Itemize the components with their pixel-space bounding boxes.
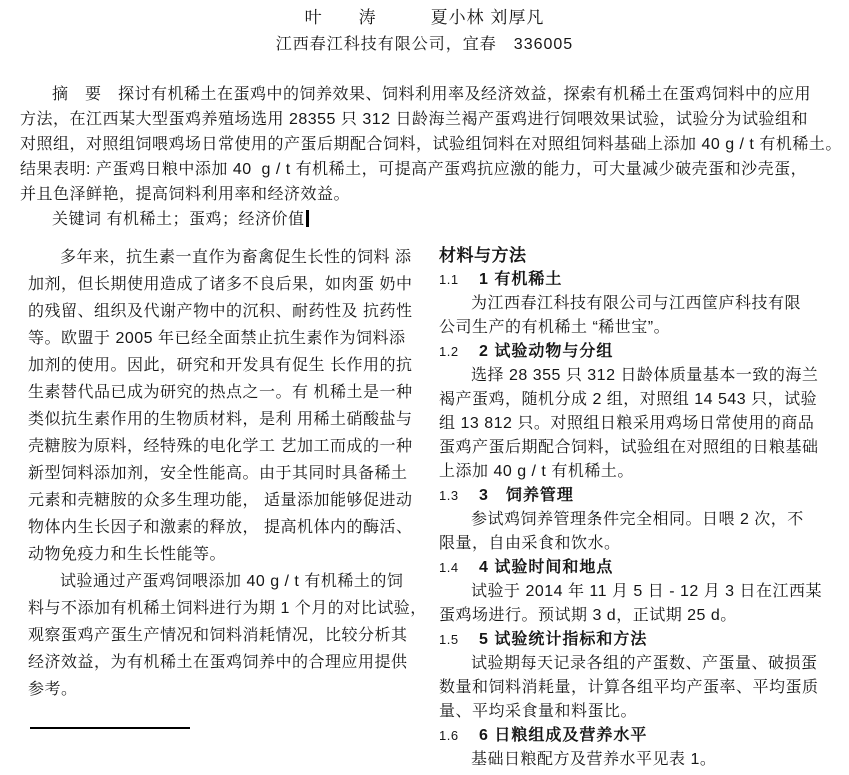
left-column: 多年来，抗生素一直作为畜禽促生长性的饲料 添加剂，但长期使用造成了诸多不良后果，… [28, 244, 412, 772]
text-line: 试验于 2014 年 11 月 5 日 - 12 月 3 日在江西某 [439, 580, 841, 604]
section-title: 5 试验统计指标和方法 [479, 631, 647, 648]
text-line: 加剂的使用。因此，研究和开发具有促生 长作用的抗 [28, 352, 412, 379]
document-header: 叶 涛 夏小林 刘厚凡 江西春江科技有限公司，宜春 336005 [0, 0, 849, 58]
section-number: 1.1 [439, 268, 479, 292]
keywords-line: 关键词 有机稀土；蛋鸡；经济价值 [20, 207, 849, 232]
section-number: 1.2 [439, 340, 479, 364]
text-line: 经济效益，为有机稀土在蛋鸡饲养中的合理应用提供 [28, 649, 412, 676]
text-line: 量、平均采食量和料蛋比。 [439, 700, 841, 724]
text-line: 参试鸡饲养管理条件完全相同。日喂 2 次，不 [439, 508, 841, 532]
section-heading: 1.44 试验时间和地点 [439, 556, 841, 580]
section-heading: 1.11 有机稀土 [439, 268, 841, 292]
right-column: 材料与方法 1.11 有机稀土为江西春江科技有限公司与江西筐庐科技有限公司生产的… [439, 244, 841, 772]
text-line: 料与不添加有机稀土饲料进行为期 1 个月的对比试验， [28, 595, 412, 622]
section-title: 4 试验时间和地点 [479, 559, 613, 576]
sections-container: 1.11 有机稀土为江西春江科技有限公司与江西筐庐科技有限公司生产的有机稀土 “… [439, 268, 841, 772]
text-line: 试验期每天记录各组的产蛋数、产蛋量、破损蛋 [439, 652, 841, 676]
text-line: 蛋鸡产蛋后期配合饲料，试验组在对照组的日粮基础 [439, 436, 841, 460]
text-line: 等。欧盟于 2005 年已经全面禁止抗生素作为饲料添 [28, 325, 412, 352]
section-heading: 1.22 试验动物与分组 [439, 340, 841, 364]
text-line: 基础日粮配方及营养水平见表 1。 [439, 748, 841, 772]
text-line: 褐产蛋鸡，随机分成 2 组，对照组 14 543 只，试验 [439, 388, 841, 412]
authors-line: 叶 涛 夏小林 刘厚凡 [0, 4, 849, 32]
abstract-line: 摘 要 探讨有机稀土在蛋鸡中的饲养效果、饲料利用率及经济效益，探索有机稀土在蛋鸡… [20, 82, 845, 107]
text-line: 上添加 40 g / t 有机稀土。 [439, 460, 841, 484]
abstract-line: 方法，在江西某大型蛋鸡养殖场选用 28355 只 312 日龄海兰褐产蛋鸡进行饲… [20, 107, 845, 132]
section-title: 1 有机稀土 [479, 271, 562, 288]
text-line: 选择 28 355 只 312 日龄体质量基本一致的海兰 [439, 364, 841, 388]
affiliation-line: 江西春江科技有限公司，宜春 336005 [0, 32, 849, 58]
abstract-line: 对照组，对照组饲喂鸡场日常使用的产蛋后期配合饲料，试验组饲料在对照组饲料基础上添… [20, 132, 845, 157]
section-title: 6 日粮组成及营养水平 [479, 727, 647, 744]
text-line: 类似抗生素作用的生物质材料，是利 用稀土硝酸盐与 [28, 406, 412, 433]
section-heading: 1.66 日粮组成及营养水平 [439, 724, 841, 748]
text-line: 数量和饲料消耗量，计算各组平均产蛋率、平均蛋质 [439, 676, 841, 700]
left-paragraph-2: 试验通过产蛋鸡饲喂添加 40 g / t 有机稀土的饲料与不添加有机稀土饲料进行… [28, 568, 412, 703]
text-line: 的残留、组织及代谢产物中的沉积、耐药性及 抗药性 [28, 298, 412, 325]
text-line: 动物免疫力和生长性能等。 [28, 541, 412, 568]
text-line: 参考。 [28, 676, 412, 703]
section-main-heading: 材料与方法 [439, 244, 841, 268]
section-number: 1.6 [439, 724, 479, 748]
keywords-text: 关键词 有机稀土；蛋鸡；经济价值 [52, 211, 304, 228]
two-column-body: 多年来，抗生素一直作为畜禽促生长性的饲料 添加剂，但长期使用造成了诸多不良后果，… [0, 244, 849, 772]
section-heading: 1.33 饲养管理 [439, 484, 841, 508]
section-number: 1.3 [439, 484, 479, 508]
text-line: 公司生产的有机稀土 “稀世宝”。 [439, 316, 841, 340]
left-paragraph-1: 多年来，抗生素一直作为畜禽促生长性的饲料 添加剂，但长期使用造成了诸多不良后果，… [28, 244, 412, 568]
text-line: 组 13 812 只。对照组日粮采用鸡场日常使用的商品 [439, 412, 841, 436]
abstract-line: 并且色泽鲜艳，提高饲料利用率和经济效益。 [20, 182, 845, 207]
text-line: 物体内生长因子和激素的释放， 提高机体内的酶活、 [28, 514, 412, 541]
section-title: 3 饲养管理 [479, 487, 574, 504]
section-number: 1.5 [439, 628, 479, 652]
text-line: 限量，自由采食和饮水。 [439, 532, 841, 556]
text-line: 生素替代品已成为研究的热点之一。有 机稀土是一种 [28, 379, 412, 406]
text-line: 蛋鸡场进行。预试期 3 d，正试期 25 d。 [439, 604, 841, 628]
text-line: 观察蛋鸡产蛋生产情况和饲料消耗情况，比较分析其 [28, 622, 412, 649]
text-cursor [306, 210, 309, 227]
abstract-block: 摘 要 探讨有机稀土在蛋鸡中的饲养效果、饲料利用率及经济效益，探索有机稀土在蛋鸡… [20, 82, 845, 207]
footnote-divider [30, 727, 190, 729]
text-line: 元素和壳糖胺的众多生理功能， 适量添加能够促进动 [28, 487, 412, 514]
text-line: 试验通过产蛋鸡饲喂添加 40 g / t 有机稀土的饲 [28, 568, 412, 595]
abstract-line: 结果表明: 产蛋鸡日粮中添加 40 g / t 有机稀土，可提高产蛋鸡抗应激的能… [20, 157, 845, 182]
text-line: 加剂，但长期使用造成了诸多不良后果，如肉蛋 奶中 [28, 271, 412, 298]
section-heading: 1.55 试验统计指标和方法 [439, 628, 841, 652]
section-number: 1.4 [439, 556, 479, 580]
text-line: 为江西春江科技有限公司与江西筐庐科技有限 [439, 292, 841, 316]
text-line: 新型饲料添加剂，安全性能高。由于其同时具备稀土 [28, 460, 412, 487]
text-line: 壳糖胺为原料，经特殊的电化学工 艺加工而成的一种 [28, 433, 412, 460]
text-line: 多年来，抗生素一直作为畜禽促生长性的饲料 添 [28, 244, 412, 271]
section-title: 2 试验动物与分组 [479, 343, 613, 360]
